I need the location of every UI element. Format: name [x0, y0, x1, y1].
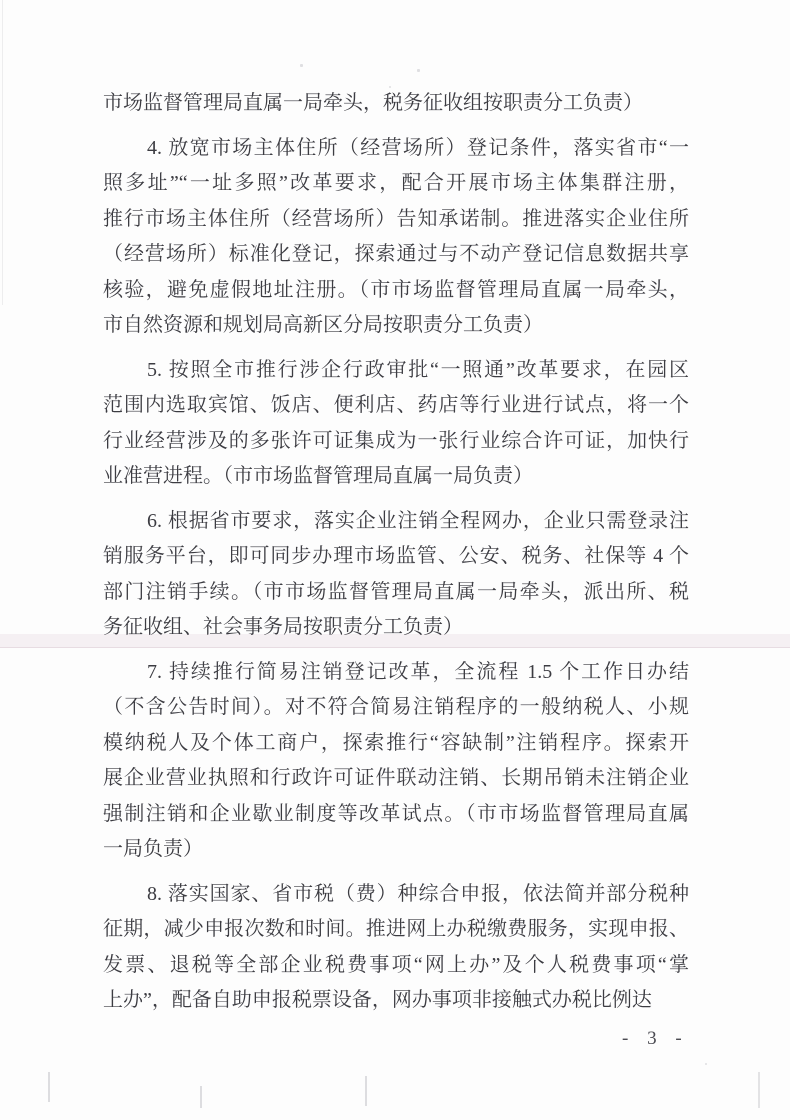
text-line: （经营场所）标准化登记，探索通过与不动产登记信息数据共享: [103, 237, 689, 273]
scan-artifact-dash: [758, 1072, 760, 1108]
scan-artifact-speck: [417, 69, 420, 72]
paragraph-item-5: 5. 按照全市推行涉企行政审批“一照通”改革要求，在园区范围内选取宾馆、饭店、便…: [103, 353, 689, 495]
scan-artifact-dash: [365, 1076, 367, 1106]
text-line: 强制注销和企业歇业制度等改革试点。（市市场监督管理局直属: [103, 797, 689, 833]
scanned-page: 市场监督管理局直属一局牵头，税务征收组按职责分工负责）4. 放宽市场主体住所（经…: [0, 0, 790, 1120]
page-number: - 3 -: [622, 1028, 689, 1050]
text-line: 业准营进程。（市市场监督管理局直属一局负责）: [103, 459, 689, 495]
text-line: 一局负责）: [103, 832, 689, 868]
text-line: 照多址”“一址多照”改革要求，配合开展市场主体集群注册，: [103, 166, 689, 202]
text-line: 8. 落实国家、省市税（费）种综合申报，依法简并部分税种: [103, 877, 689, 913]
paragraph-item-8: 8. 落实国家、省市税（费）种综合申报，依法简并部分税种征期，减少申报次数和时间…: [103, 877, 689, 1019]
text-line: 核验，避免虚假地址注册。（市市场监督管理局直属一局牵头，: [103, 273, 689, 309]
paragraph-item-4: 4. 放宽市场主体住所（经营场所）登记条件，落实省市“一照多址”“一址多照”改革…: [103, 131, 689, 344]
text-line: 市自然资源和规划局高新区分局按职责分工负责）: [103, 308, 689, 344]
scan-artifact-dash: [48, 1072, 50, 1102]
text-line: 上办”，配备自助申报税票设备，网办事项非接触式办税比例达: [103, 983, 689, 1019]
text-line: （不含公告时间）。对不符合简易注销程序的一般纳税人、小规: [103, 690, 689, 726]
text-line: 发票、退税等全部企业税费事项“网上办”及个人税费事项“掌: [103, 948, 689, 984]
text-line: 推行市场主体住所（经营场所）告知承诺制。推进落实企业住所: [103, 202, 689, 238]
text-line: 行业经营涉及的多张许可证集成为一张行业综合许可证，加快行: [103, 424, 689, 460]
paragraph-continuation-from-previous-page: 市场监督管理局直属一局牵头，税务征收组按职责分工负责）: [103, 86, 689, 122]
scan-artifact-edge-line: [2, 0, 3, 305]
text-line: 模纳税人及个体工商户，探索推行“容缺制”注销程序。探索开: [103, 726, 689, 762]
paragraph-item-7: 7. 持续推行简易注销登记改革，全流程 1.5 个工作日办结（不含公告时间）。对…: [103, 655, 689, 868]
text-line: 征期，减少申报次数和时间。推进网上办税缴费服务，实现申报、: [103, 912, 689, 948]
scan-artifact-speck: [300, 64, 303, 67]
scan-artifact-dash: [200, 1086, 202, 1108]
text-line: 务征收组、社会事务局按职责分工负责）: [103, 610, 689, 646]
text-line: 销服务平台，即可同步办理市场监管、公安、税务、社保等 4 个: [103, 539, 689, 575]
text-line: 部门注销手续。（市市场监督管理局直属一局牵头，派出所、税: [103, 575, 689, 611]
text-line: 范围内选取宾馆、饭店、便利店、药店等行业进行试点，将一个: [103, 388, 689, 424]
text-line: 展企业营业执照和行政许可证件联动注销、长期吊销未注销企业: [103, 761, 689, 797]
text-line: 市场监督管理局直属一局牵头，税务征收组按职责分工负责）: [103, 86, 689, 122]
text-line: 7. 持续推行简易注销登记改革，全流程 1.5 个工作日办结: [103, 655, 689, 691]
text-line: 5. 按照全市推行涉企行政审批“一照通”改革要求，在园区: [103, 353, 689, 389]
text-line: 4. 放宽市场主体住所（经营场所）登记条件，落实省市“一: [103, 131, 689, 167]
text-line: 6. 根据省市要求，落实企业注销全程网办，企业只需登录注: [103, 504, 689, 540]
scan-artifact-speck: [705, 1063, 707, 1065]
document-body: 市场监督管理局直属一局牵头，税务征收组按职责分工负责）4. 放宽市场主体住所（经…: [103, 86, 689, 1028]
paragraph-item-6: 6. 根据省市要求，落实企业注销全程网办，企业只需登录注销服务平台，即可同步办理…: [103, 504, 689, 646]
